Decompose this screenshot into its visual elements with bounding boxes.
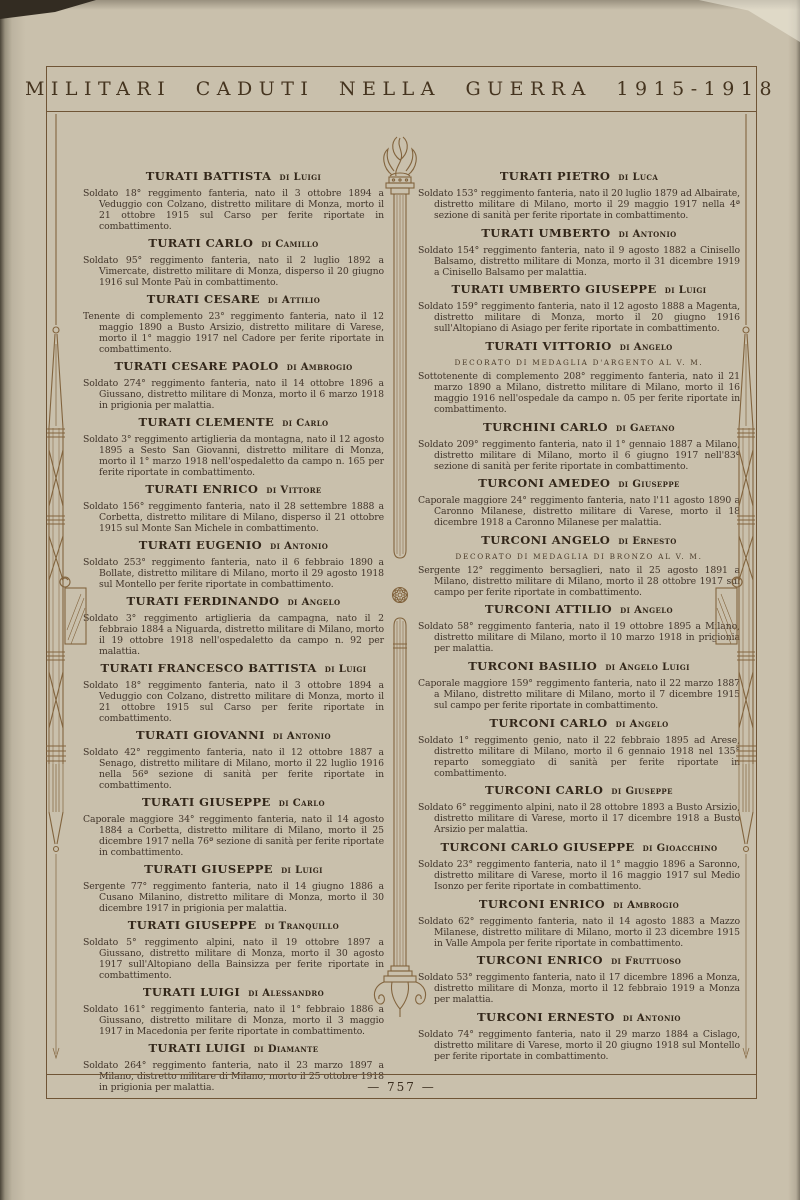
entry-patronymic: di Attilio (268, 295, 320, 306)
soldier-entry: TURATI LUIGI di Alessandro Soldato 161° … (83, 981, 384, 1037)
entry-patronymic: di Carlo (282, 418, 328, 429)
entry-name: TURATI LUIGI (148, 1041, 245, 1055)
entry-body: Soldato 18° reggimento fanteria, nato il… (83, 188, 384, 232)
entry-body: Soldato 154° reggimento fanteria, nato i… (418, 245, 740, 278)
entry-body: Caporale maggiore 34° reggimento fanteri… (83, 814, 384, 858)
entry-name: TURATI FERDINANDO (127, 594, 280, 608)
entry-heading: TURATI FRANCESCO BATTISTA di Luigi (83, 657, 384, 676)
entry-decoration: DECORATO DI MEDAGLIA D'ARGENTO AL V. M. (418, 358, 740, 367)
entry-name: TURATI CESARE PAOLO (114, 359, 278, 373)
entry-heading: TURATI FERDINANDO di Angelo (83, 590, 384, 609)
entry-patronymic: di Gaetano (616, 423, 675, 434)
entry-patronymic: di Ernesto (618, 536, 676, 547)
entry-name: TURCONI BASILIO (468, 659, 597, 673)
entry-patronymic: di Angelo Luigi (605, 662, 689, 673)
entry-heading: TURATI UMBERTO di Antonio (418, 222, 740, 241)
entry-name: TURATI LUIGI (143, 985, 240, 999)
soldier-entry: TURCONI ENRICO di Fruttuoso Soldato 53° … (418, 949, 740, 1005)
entry-patronymic: di Luca (618, 172, 658, 183)
page-frame: MILITARI CADUTI NELLA GUERRA 1915-1918 T… (46, 66, 757, 1099)
entry-patronymic: di Carlo (279, 798, 325, 809)
entry-name: TURATI VITTORIO (485, 339, 611, 353)
soldier-entry: TURATI CESARE di Attilio Tenente di comp… (83, 288, 384, 355)
entry-patronymic: di Antonio (270, 541, 328, 552)
entry-body: Soldato 62° reggimento fanteria, nato il… (418, 916, 740, 949)
entry-name: TURCONI CARLO (485, 783, 603, 797)
entry-heading: TURCONI AMEDEO di Giuseppe (418, 472, 740, 491)
entry-body: Soldato 253° reggimento fanteria, nato i… (83, 557, 384, 590)
entry-name: TURCONI ERNESTO (477, 1010, 615, 1024)
soldier-entry: TURATI FRANCESCO BATTISTA di Luigi Solda… (83, 657, 384, 724)
entry-name: TURCHINI CARLO (483, 420, 608, 434)
soldier-entry: TURATI GIOVANNI di Antonio Soldato 42° r… (83, 724, 384, 791)
entry-body: Soldato 3° reggimento artiglieria da mon… (83, 434, 384, 478)
entry-patronymic: di Angelo (620, 605, 673, 616)
page-title: MILITARI CADUTI NELLA GUERRA 1915-1918 (25, 78, 778, 100)
entry-body: Soldato 23° reggimento fanteria, nato il… (418, 859, 740, 892)
entry-patronymic: di Ambrogio (613, 900, 679, 911)
entry-name: TURATI GIOVANNI (136, 728, 265, 742)
entry-body: Soldato 209° reggimento fanteria, nato i… (418, 439, 740, 472)
soldier-entry: TURATI GIUSEPPE di Tranquillo Soldato 5°… (83, 914, 384, 981)
soldier-entry: TURATI CARLO di Camillo Soldato 95° regg… (83, 232, 384, 288)
title-bar: MILITARI CADUTI NELLA GUERRA 1915-1918 (47, 67, 756, 112)
entry-name: TURATI FRANCESCO BATTISTA (101, 661, 317, 675)
photo-corner-shadow (0, 0, 100, 20)
entry-heading: TURCONI BASILIO di Angelo Luigi (418, 655, 740, 674)
entry-patronymic: di Gioacchino (643, 843, 718, 854)
entry-heading: TURATI EUGENIO di Antonio (83, 534, 384, 553)
entry-heading: TURCONI CARLO di Giuseppe (418, 779, 740, 798)
entry-body: Soldato 161° reggimento fanteria, nato i… (83, 1004, 384, 1037)
entry-name: TURCONI ANGELO (481, 533, 610, 547)
entry-heading: TURCONI CARLO di Angelo (418, 712, 740, 731)
entry-name: TURATI ENRICO (145, 482, 258, 496)
entry-body: Soldato 58° reggimento fanteria, nato il… (418, 621, 740, 654)
entry-body: Soldato 42° reggimento fanteria, nato il… (83, 747, 384, 791)
entry-name: TURCONI AMEDEO (478, 476, 610, 490)
entry-name: TURATI PIETRO (500, 169, 611, 183)
soldier-entry: TURATI CLEMENTE di Carlo Soldato 3° regg… (83, 411, 384, 478)
entry-heading: TURCONI ANGELO di Ernesto (418, 529, 740, 548)
footer-bar: — 757 — (47, 1074, 756, 1098)
soldier-entry: TURATI PIETRO di Luca Soldato 153° reggi… (418, 165, 740, 221)
soldier-entry: TURCONI CARLO GIUSEPPE di Gioacchino Sol… (418, 836, 740, 892)
entry-heading: TURATI LUIGI di Diamante (83, 1037, 384, 1056)
entry-heading: TURCONI ENRICO di Fruttuoso (418, 949, 740, 968)
soldier-entry: TURATI CESARE PAOLO di Ambrogio Soldato … (83, 355, 384, 411)
entry-decoration: DECORATO DI MEDAGLIA DI BRONZO AL V. M. (418, 552, 740, 561)
entry-patronymic: di Giuseppe (618, 479, 679, 490)
photo-corner-highlight (685, 0, 800, 42)
entry-patronymic: di Diamante (254, 1044, 319, 1055)
entry-body: Soldato 74° reggimento fanteria, nato il… (418, 1029, 740, 1062)
entry-heading: TURATI GIUSEPPE di Carlo (83, 791, 384, 810)
entry-heading: TURATI GIOVANNI di Antonio (83, 724, 384, 743)
entry-name: TURCONI ATTILIO (485, 602, 612, 616)
entry-name: TURATI BATTISTA (146, 169, 272, 183)
entry-name: TURCONI CARLO GIUSEPPE (440, 840, 634, 854)
soldier-entry: TURCONI ANGELO di Ernesto DECORATO DI ME… (418, 529, 740, 598)
entry-name: TURATI UMBERTO (481, 226, 610, 240)
soldier-entry: TURATI GIUSEPPE di Luigi Sergente 77° re… (83, 858, 384, 914)
entry-patronymic: di Vittore (266, 485, 321, 496)
entry-patronymic: di Antonio (623, 1013, 681, 1024)
soldier-entry: TURCONI CARLO di Giuseppe Soldato 6° reg… (418, 779, 740, 835)
entry-name: TURATI CLEMENTE (138, 415, 274, 429)
right-column: TURATI PIETRO di Luca Soldato 153° reggi… (418, 165, 740, 1062)
entry-body: Soldato 53° reggimento fanteria, nato il… (418, 972, 740, 1005)
entry-heading: TURATI BATTISTA di Luigi (83, 165, 384, 184)
entry-name: TURATI GIUSEPPE (144, 862, 273, 876)
entry-body: Caporale maggiore 159° reggimento fanter… (418, 678, 740, 711)
entry-heading: TURATI UMBERTO GIUSEPPE di Luigi (418, 278, 740, 297)
entry-patronymic: di Camillo (261, 239, 318, 250)
entry-heading: TURATI CESARE PAOLO di Ambrogio (83, 355, 384, 374)
soldier-entry: TURATI EUGENIO di Antonio Soldato 253° r… (83, 534, 384, 590)
entry-heading: TURATI PIETRO di Luca (418, 165, 740, 184)
entry-patronymic: di Antonio (273, 731, 331, 742)
entry-name: TURATI CARLO (148, 236, 253, 250)
entry-patronymic: di Angelo (620, 342, 673, 353)
entry-heading: TURATI CESARE di Attilio (83, 288, 384, 307)
entry-patronymic: di Luigi (281, 865, 323, 876)
entry-heading: TURATI GIUSEPPE di Tranquillo (83, 914, 384, 933)
entry-name: TURATI GIUSEPPE (128, 918, 257, 932)
entry-body: Caporale maggiore 24° reggimento fanteri… (418, 495, 740, 528)
entry-heading: TURCONI ATTILIO di Angelo (418, 598, 740, 617)
entry-heading: TURATI CARLO di Camillo (83, 232, 384, 251)
entry-heading: TURATI GIUSEPPE di Luigi (83, 858, 384, 877)
soldier-entry: TURCONI AMEDEO di Giuseppe Caporale magg… (418, 472, 740, 528)
entry-heading: TURCONI ENRICO di Ambrogio (418, 893, 740, 912)
entry-heading: TURATI ENRICO di Vittore (83, 478, 384, 497)
entry-patronymic: di Tranquillo (265, 921, 340, 932)
memorial-columns: TURATI BATTISTA di Luigi Soldato 18° reg… (83, 165, 740, 1062)
entry-patronymic: di Antonio (619, 229, 677, 240)
entry-body: Sottotenente di complemento 208° reggime… (418, 371, 740, 415)
left-column: TURATI BATTISTA di Luigi Soldato 18° reg… (83, 165, 384, 1062)
entry-body: Soldato 159° reggimento fanteria, nato i… (418, 301, 740, 334)
entry-heading: TURCONI ERNESTO di Antonio (418, 1006, 740, 1025)
soldier-entry: TURCONI ERNESTO di Antonio Soldato 74° r… (418, 1006, 740, 1062)
entry-body: Soldato 274° reggimento fanteria, nato i… (83, 378, 384, 411)
entry-patronymic: di Angelo (288, 597, 341, 608)
entry-patronymic: di Luigi (325, 664, 367, 675)
page-number: — 757 — (367, 1080, 436, 1094)
entry-heading: TURATI LUIGI di Alessandro (83, 981, 384, 1000)
entry-name: TURCONI ENRICO (479, 897, 605, 911)
entry-patronymic: di Giuseppe (611, 786, 672, 797)
entry-body: Soldato 3° reggimento artiglieria da cam… (83, 613, 384, 657)
soldier-entry: TURCHINI CARLO di Gaetano Soldato 209° r… (418, 416, 740, 472)
entry-body: Soldato 95° reggimento fanteria, nato il… (83, 255, 384, 288)
soldier-entry: TURATI ENRICO di Vittore Soldato 156° re… (83, 478, 384, 534)
entry-body: Tenente di complemento 23° reggimento fa… (83, 311, 384, 355)
entry-patronymic: di Luigi (280, 172, 322, 183)
entry-body: Soldato 1° reggimento genio, nato il 22 … (418, 735, 740, 779)
entry-name: TURCONI ENRICO (477, 953, 603, 967)
entry-heading: TURCHINI CARLO di Gaetano (418, 416, 740, 435)
entry-patronymic: di Fruttuoso (611, 956, 681, 967)
entry-name: TURATI CESARE (147, 292, 260, 306)
entry-name: TURATI EUGENIO (139, 538, 262, 552)
entry-body: Sergente 12° reggimento bersaglieri, nat… (418, 565, 740, 598)
entry-body: Soldato 156° reggimento fanteria, nato i… (83, 501, 384, 534)
entry-heading: TURCONI CARLO GIUSEPPE di Gioacchino (418, 836, 740, 855)
soldier-entry: TURCONI BASILIO di Angelo Luigi Caporale… (418, 655, 740, 711)
soldier-entry: TURATI BATTISTA di Luigi Soldato 18° reg… (83, 165, 384, 232)
entry-patronymic: di Alessandro (248, 988, 324, 999)
soldier-entry: TURCONI ATTILIO di Angelo Soldato 58° re… (418, 598, 740, 654)
entry-heading: TURATI CLEMENTE di Carlo (83, 411, 384, 430)
entry-body: Soldato 5° reggimento alpini, nato il 19… (83, 937, 384, 981)
soldier-entry: TURATI UMBERTO GIUSEPPE di Luigi Soldato… (418, 278, 740, 334)
entry-body: Sergente 77° reggimento fanteria, nato i… (83, 881, 384, 914)
soldier-entry: TURCONI CARLO di Angelo Soldato 1° reggi… (418, 712, 740, 779)
soldier-entry: TURATI VITTORIO di Angelo DECORATO DI ME… (418, 335, 740, 415)
entry-name: TURCONI CARLO (489, 716, 607, 730)
entry-body: Soldato 18° reggimento fanteria, nato il… (83, 680, 384, 724)
entry-patronymic: di Luigi (665, 285, 707, 296)
entry-name: TURATI UMBERTO GIUSEPPE (452, 282, 657, 296)
entry-patronymic: di Ambrogio (287, 362, 353, 373)
entry-body: Soldato 6° reggimento alpini, nato il 28… (418, 802, 740, 835)
soldier-entry: TURCONI ENRICO di Ambrogio Soldato 62° r… (418, 893, 740, 949)
soldier-entry: TURATI FERDINANDO di Angelo Soldato 3° r… (83, 590, 384, 657)
entry-heading: TURATI VITTORIO di Angelo (418, 335, 740, 354)
soldier-entry: TURATI UMBERTO di Antonio Soldato 154° r… (418, 222, 740, 278)
entry-body: Soldato 153° reggimento fanteria, nato i… (418, 188, 740, 221)
soldier-entry: TURATI GIUSEPPE di Carlo Caporale maggio… (83, 791, 384, 858)
entry-patronymic: di Angelo (616, 719, 669, 730)
entry-name: TURATI GIUSEPPE (142, 795, 271, 809)
